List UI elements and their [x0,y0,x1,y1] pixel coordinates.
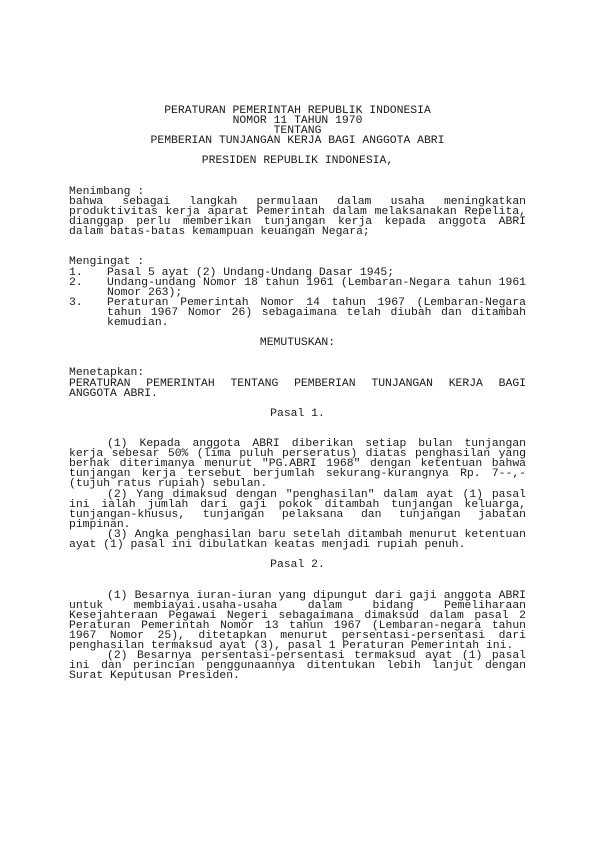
menimbang-text: bahwa sebagai langkah permulaan dalam us… [69,197,526,237]
pasal-1-paragraph-2: (2) Yang dimaksud dengan "penghasilan" d… [69,490,526,530]
memutuskan-heading: MEMUTUSKAN: [69,338,526,348]
pasal-1-paragraph-1: (1) Kepada anggota ABRI diberikan setiap… [69,439,526,489]
pasal-2-title: Pasal 2. [69,560,526,570]
menetapkan-text: PERATURAN PEMERINTAH TENTANG PEMBERIAN T… [69,379,526,399]
mengingat-label: Mengingat : [69,257,526,267]
mengingat-item-number: 3. [69,298,107,328]
pasal-2-paragraph-1: (1) Besarnya iuran-iuran yang dipungut d… [69,591,526,652]
mengingat-item: 2. Undang-undang Nomor 18 tahun 1961 (Le… [69,278,526,298]
pasal-1-title: Pasal 1. [69,409,526,419]
mengingat-item-number: 2. [69,278,107,298]
pasal-1-paragraph-3: (3) Angka penghasilan baru setelah ditam… [69,530,526,550]
document-page: PERATURAN PEMERINTAH REPUBLIK INDONESIA … [69,106,526,681]
mengingat-item-text: Peraturan Pemerintah Nomor 14 tahun 1967… [107,298,526,328]
header-subject: PEMBERIAN TUNJANGAN KERJA BAGI ANGGOTA A… [69,136,526,146]
document-header: PERATURAN PEMERINTAH REPUBLIK INDONESIA … [69,106,526,167]
president-line: PRESIDEN REPUBLIK INDONESIA, [69,156,526,166]
mengingat-item: 3. Peraturan Pemerintah Nomor 14 tahun 1… [69,298,526,328]
pasal-2-paragraph-2: (2) Besarnya persentasi-persentasi terma… [69,651,526,681]
mengingat-item-text: Undang-undang Nomor 18 tahun 1961 (Lemba… [107,278,526,298]
